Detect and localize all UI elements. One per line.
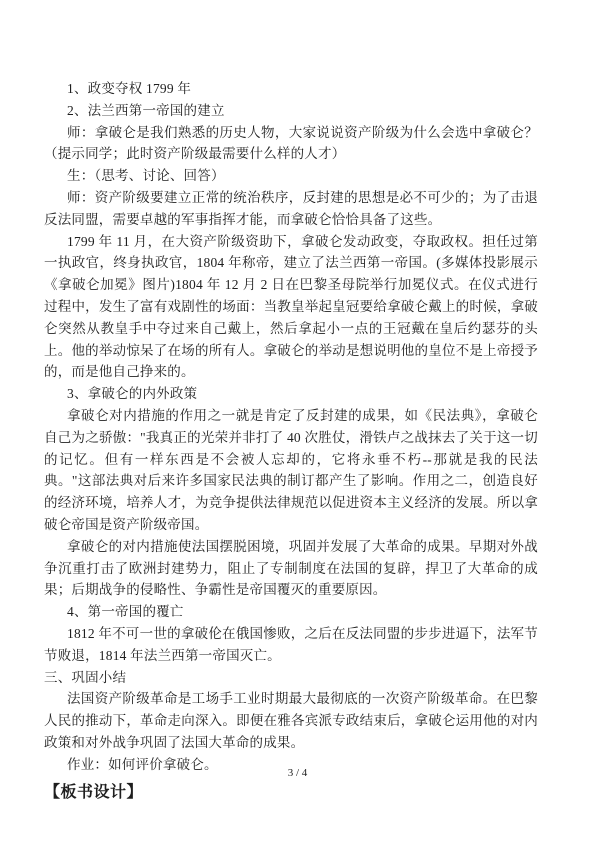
teacher-explanation: 师：资产阶级要建立正常的统治秩序，反封建的思想是必不可少的；为了击退反法同盟，需… xyxy=(44,187,538,231)
numbered-item-policies: 3、拿破仑的内外政策 xyxy=(44,383,538,405)
section-heading-summary: 三、巩固小结 xyxy=(44,667,538,689)
numbered-item-empire-fall: 4、第一帝国的覆亡 xyxy=(44,601,538,623)
board-design-heading: 【板书设计】 xyxy=(44,782,538,804)
paragraph-civil-code: 拿破仑对内措施的作用之一就是肯定了反封建的成果，如《民法典》，拿破仑自己为之骄傲… xyxy=(44,405,538,536)
numbered-item-first-empire: 2、法兰西第一帝国的建立 xyxy=(44,100,538,122)
paragraph-empire-collapse: 1812 年不可一世的拿破伦在俄国惨败，之后在反法同盟的步步进逼下，法军节节败退… xyxy=(44,623,538,667)
page-number: 3 / 4 xyxy=(0,766,595,780)
paragraph-domestic-effects: 拿破仑的对内措施使法国摆脱困境，巩固并发展了大革命的成果。早期对外战争沉重打击了… xyxy=(44,536,538,601)
student-response: 生：（思考、讨论、回答） xyxy=(44,165,538,187)
page-body: 1、政变夺权 1799 年 2、法兰西第一帝国的建立 师：拿破仑是我们熟悉的历史… xyxy=(44,78,538,804)
numbered-item-coup: 1、政变夺权 1799 年 xyxy=(44,78,538,100)
teacher-question: 师：拿破仑是我们熟悉的历史人物，大家说说资产阶级为什么会选中拿破仑？（提示同学；… xyxy=(44,122,538,166)
paragraph-coronation: 1799 年 11 月，在大资产阶级资助下，拿破仑发动政变，夺取政权。担任过第一… xyxy=(44,231,538,384)
paragraph-summary: 法国资产阶级革命是工场手工业时期最大最彻底的一次资产阶级革命。在巴黎人民的推动下… xyxy=(44,688,538,753)
document-page: 1、政变夺权 1799 年 2、法兰西第一帝国的建立 师：拿破仑是我们熟悉的历史… xyxy=(0,0,595,841)
